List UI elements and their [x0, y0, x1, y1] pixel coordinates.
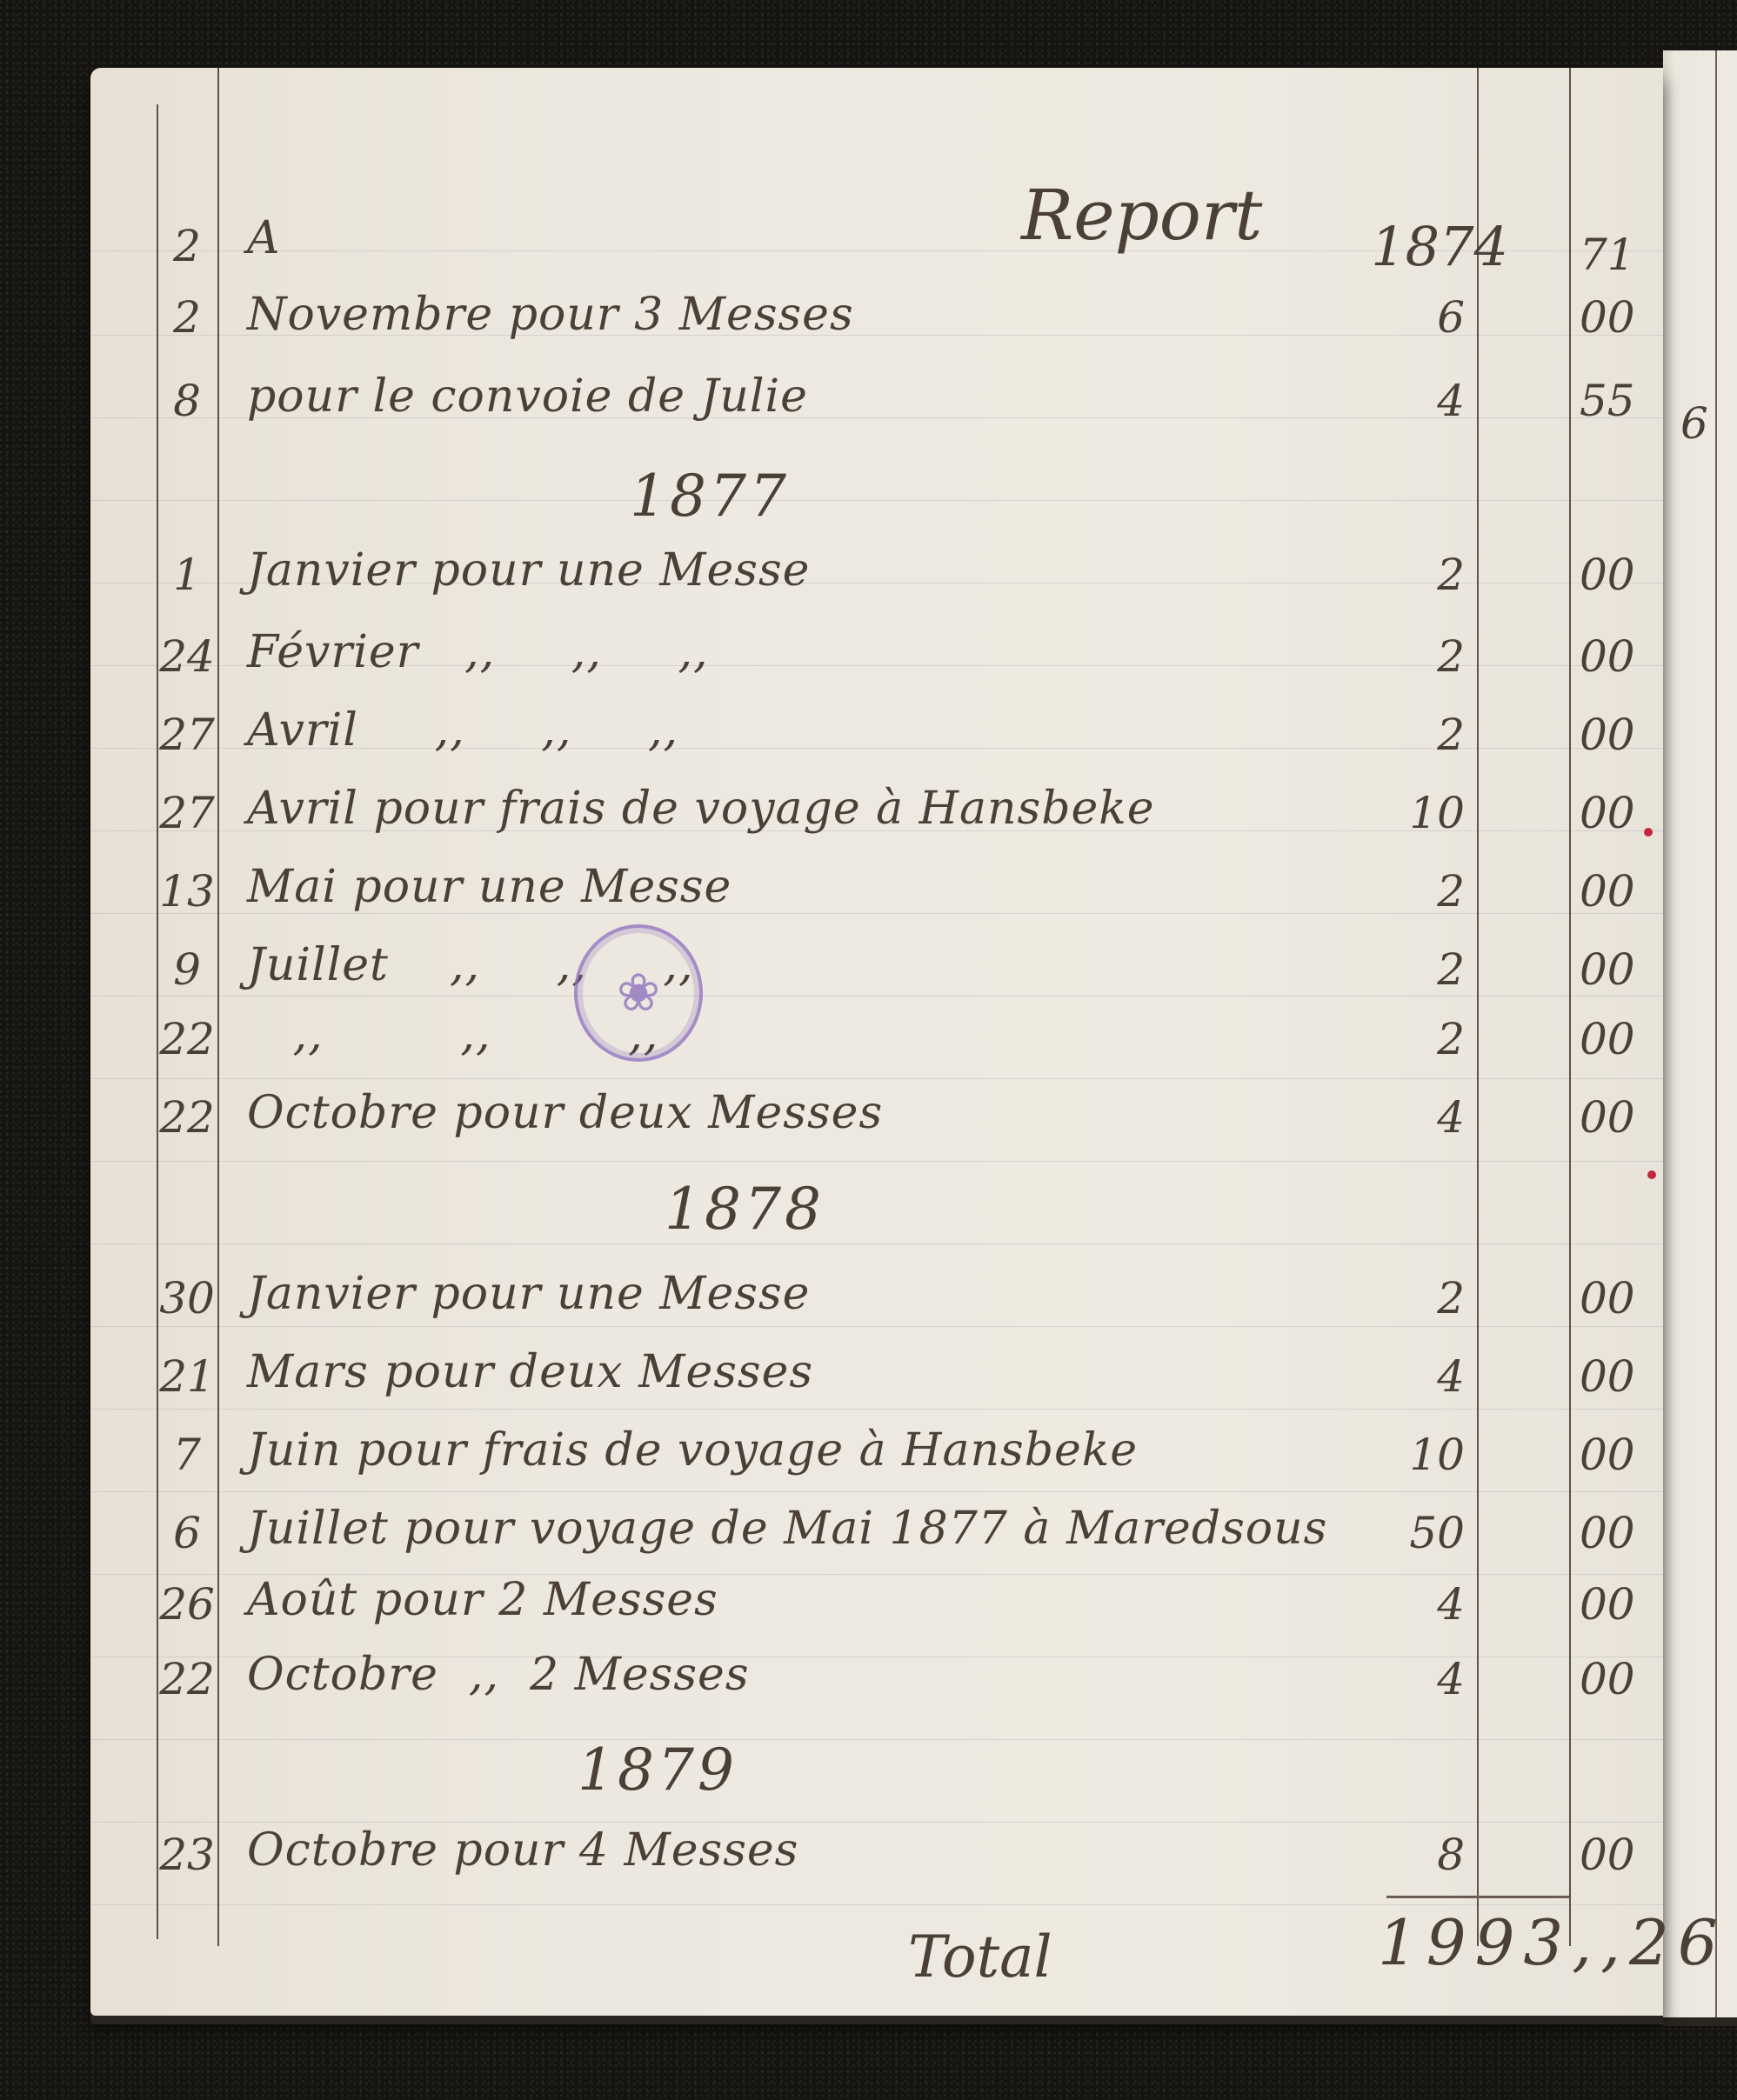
entry-cents: 00 — [1580, 635, 1658, 678]
entry-description: Juin pour frais de voyage à Hansbeke — [247, 1428, 1138, 1473]
entry-cents: 00 — [1580, 553, 1658, 597]
carried-francs: 1874 — [1343, 220, 1508, 274]
entry-day: 24 — [157, 635, 217, 678]
ruled-line — [90, 996, 1663, 997]
entry-cents: 00 — [1580, 870, 1658, 913]
ruled-line — [90, 1161, 1663, 1162]
entry-francs: 2 — [1369, 1277, 1465, 1320]
entry-cents: 00 — [1580, 1355, 1658, 1398]
entry-description: Mars pour deux Messes — [247, 1350, 813, 1395]
entry-description: Octobre ,, 2 Messes — [247, 1652, 750, 1697]
entry-day: 27 — [157, 713, 217, 757]
entry-day: 1 — [157, 553, 217, 597]
carried-note: A — [247, 216, 281, 261]
entry-description: Janvier pour une Messe — [247, 1271, 810, 1317]
total-underline — [1386, 1896, 1569, 1898]
next-page-fragment: 6 — [1680, 398, 1708, 449]
total-label: Total — [908, 1929, 1052, 1986]
stamp-emblem-icon: ❀ — [617, 963, 660, 1023]
day-column-right-line — [217, 68, 219, 1946]
entry-francs: 4 — [1369, 379, 1465, 423]
ruled-line — [90, 1243, 1663, 1244]
entry-description: Octobre pour 4 Messes — [247, 1828, 798, 1873]
entry-day: 7 — [157, 1433, 217, 1477]
ruled-line — [90, 1491, 1663, 1492]
ruled-line — [90, 1078, 1663, 1079]
total-value: 1993,,26 — [1378, 1911, 1727, 1974]
year-heading-1877: 1877 — [630, 468, 790, 525]
entry-cents: 00 — [1580, 1017, 1658, 1061]
entry-francs: 50 — [1369, 1511, 1465, 1555]
ruled-line — [90, 913, 1663, 914]
entry-cents: 00 — [1580, 1833, 1658, 1877]
ruled-line — [90, 500, 1663, 501]
entry-description: Février ,, ,, ,, — [247, 630, 709, 675]
entry-francs: 2 — [1369, 870, 1465, 913]
entry-day: 30 — [157, 1277, 217, 1320]
carried-cents: 71 — [1580, 233, 1658, 277]
entry-francs: 4 — [1369, 1583, 1465, 1626]
entry-day: 9 — [157, 948, 217, 991]
entry-day: 8 — [157, 379, 217, 423]
entry-cents: 00 — [1580, 713, 1658, 757]
entry-day: 13 — [157, 870, 217, 913]
entry-description: Août pour 2 Messes — [247, 1577, 718, 1623]
next-page-edge: 6 — [1663, 50, 1737, 2017]
entry-day: 2 — [157, 296, 217, 339]
binding-thread-mark — [1647, 1170, 1656, 1179]
year-heading-1879: 1879 — [578, 1742, 738, 1799]
entry-day: 6 — [157, 1511, 217, 1555]
report-label: Report — [1021, 181, 1262, 250]
entry-description: Avril ,, ,, ,, — [247, 708, 678, 753]
entry-francs: 2 — [1369, 713, 1465, 757]
entry-francs: 4 — [1369, 1096, 1465, 1139]
entry-day: 22 — [157, 1096, 217, 1139]
entry-description: Octobre pour deux Messes — [247, 1090, 883, 1136]
entry-francs: 8 — [1369, 1833, 1465, 1877]
carried-day: 2 — [157, 224, 217, 268]
entry-francs: 2 — [1369, 1017, 1465, 1061]
entry-day: 27 — [157, 791, 217, 835]
ruled-line — [90, 1822, 1663, 1823]
entry-description: Avril pour frais de voyage à Hansbeke — [247, 786, 1155, 831]
entry-description: Novembre pour 3 Messes — [247, 292, 854, 337]
year-heading-1878: 1878 — [665, 1181, 825, 1238]
entry-cents: 00 — [1580, 1096, 1658, 1139]
entry-description: pour le convoie de Julie — [247, 374, 808, 419]
entry-francs: 6 — [1369, 296, 1465, 339]
ruled-line — [90, 1409, 1663, 1410]
entry-description: Mai pour une Messe — [247, 864, 732, 910]
entry-day: 23 — [157, 1833, 217, 1877]
ruled-line — [90, 1326, 1663, 1327]
entry-description: Janvier pour une Messe — [247, 548, 810, 593]
entry-day: 22 — [157, 1657, 217, 1701]
ledger-page: 2 A Report 1874 71 2 Novembre pour 3 Mes… — [90, 68, 1663, 2016]
entry-francs: 10 — [1369, 1433, 1465, 1477]
entry-day: 26 — [157, 1583, 217, 1626]
entry-cents: 00 — [1580, 948, 1658, 991]
entry-francs: 4 — [1369, 1657, 1465, 1701]
entry-francs: 2 — [1369, 948, 1465, 991]
cents-column-line — [1569, 68, 1571, 1946]
ruled-line — [90, 1904, 1663, 1905]
library-stamp: ❀ — [574, 924, 703, 1062]
entry-francs: 4 — [1369, 1355, 1465, 1398]
binding-thread-mark — [1644, 828, 1653, 837]
francs-column-line — [1477, 68, 1479, 1946]
entry-francs: 10 — [1369, 791, 1465, 835]
entry-cents: 00 — [1580, 1583, 1658, 1626]
entry-francs: 2 — [1369, 635, 1465, 678]
entry-day: 22 — [157, 1017, 217, 1061]
entry-cents: 00 — [1580, 1511, 1658, 1555]
entry-cents: 00 — [1580, 1657, 1658, 1701]
entry-cents: 00 — [1580, 296, 1658, 339]
next-page-column-line — [1715, 50, 1717, 2017]
entry-description: Juillet pour voyage de Mai 1877 à Mareds… — [247, 1506, 1327, 1551]
ruled-line — [90, 1739, 1663, 1740]
entry-francs: 2 — [1369, 553, 1465, 597]
entry-day: 21 — [157, 1355, 217, 1398]
entry-cents: 00 — [1580, 1433, 1658, 1477]
entry-cents: 00 — [1580, 1277, 1658, 1320]
entry-cents: 55 — [1580, 379, 1658, 423]
